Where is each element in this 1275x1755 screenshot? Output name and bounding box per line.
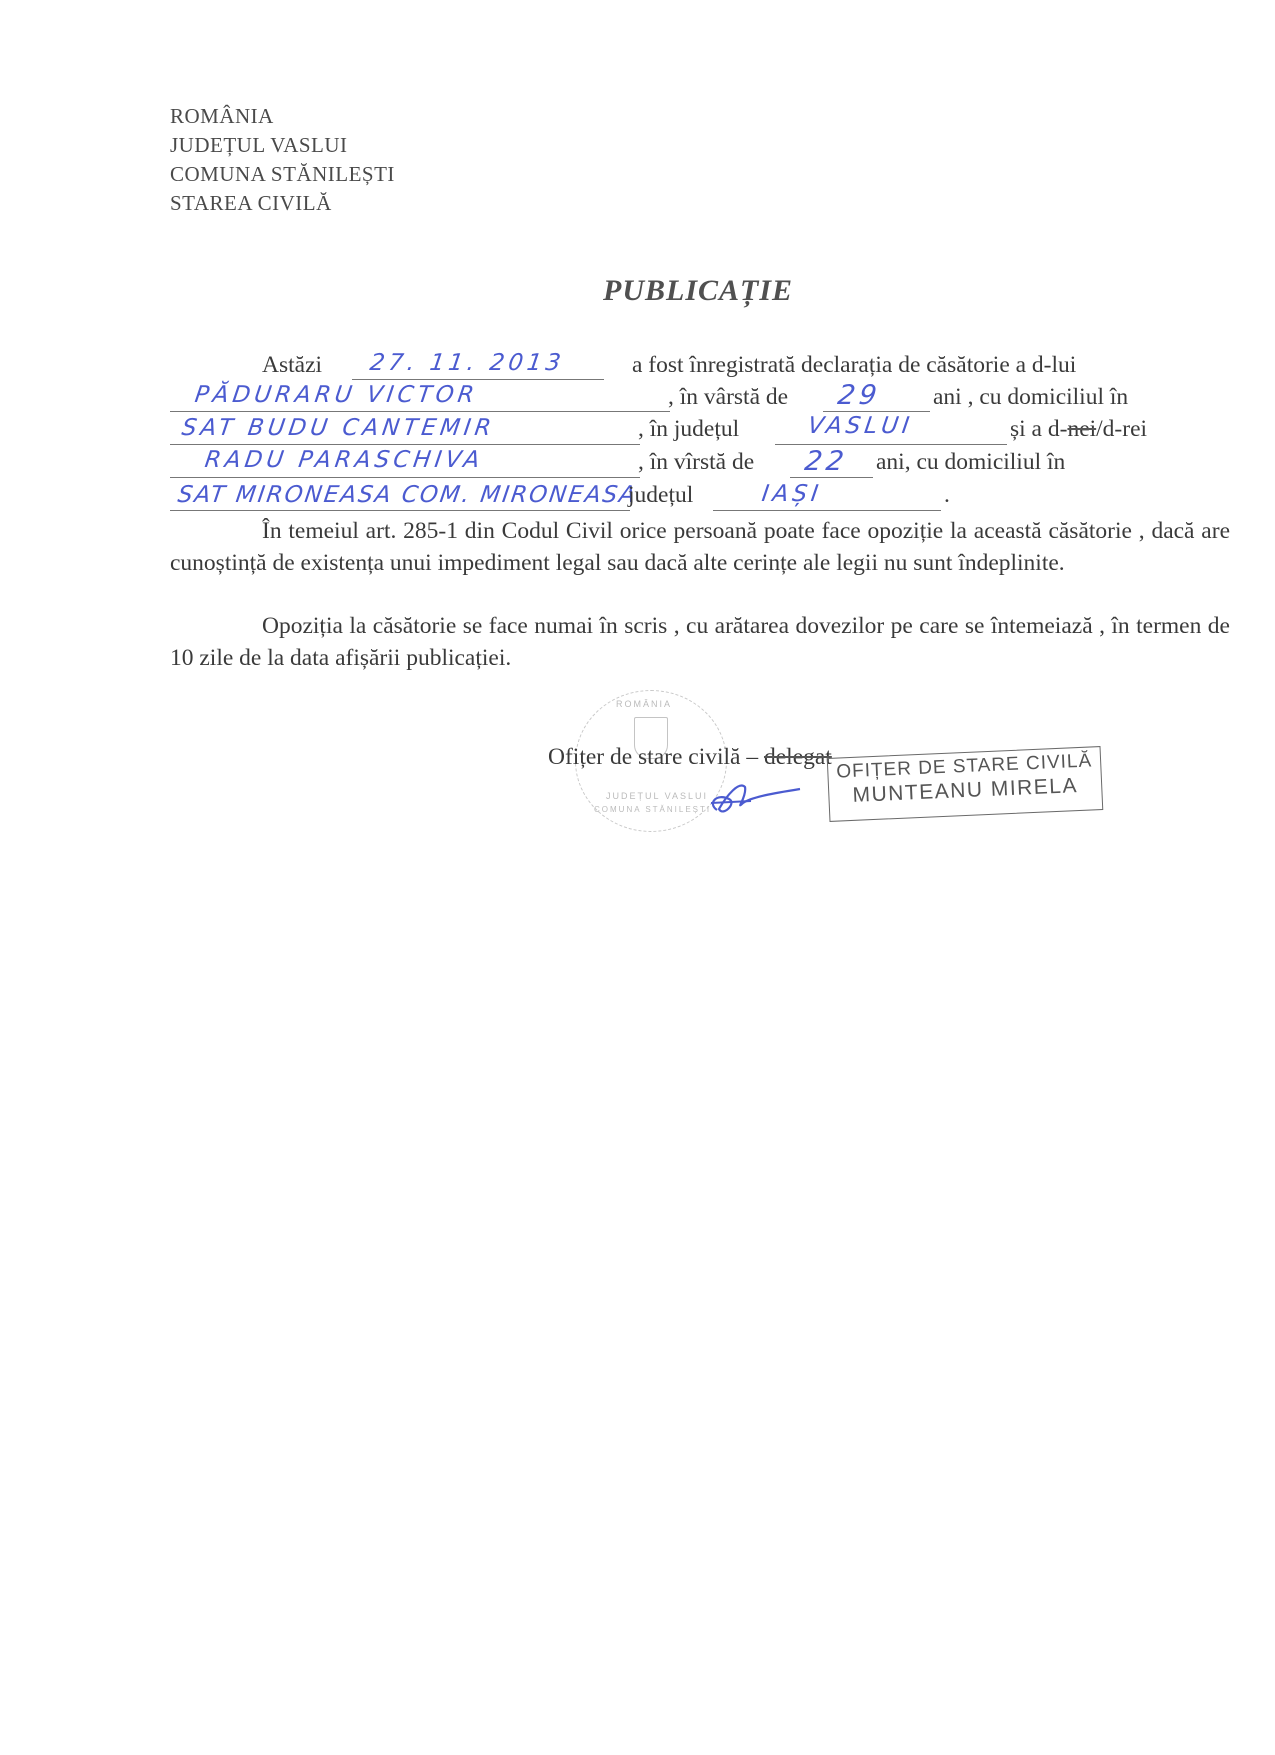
line3-suffix-a: și a d- [1010,416,1067,442]
groom-address-blank [170,444,640,445]
bride-address-field: SAT MIRONEASA COM. MIRONEASA [176,482,639,508]
struck-text: nei [1067,416,1096,442]
line3-suffix-b: /d-rei [1096,416,1147,442]
date-field: 27. 11. 2013 [368,350,566,376]
groom-county-field: VASLUI [806,413,915,439]
header-office: STAREA CIVILĂ [170,191,332,216]
bride-name-blank [170,477,640,478]
line5-suffix: . [944,482,950,509]
header-commune: COMUNA STĂNILEȘTI [170,162,395,187]
header-country: ROMÂNIA [170,104,274,129]
bride-county-field: IAȘI [760,481,824,507]
seal-mid-text: JUDEȚUL VASLUI [606,791,708,801]
groom-age-field: 29 [836,380,883,411]
groom-county-blank [775,444,1007,445]
groom-name-field: PĂDURARU VICTOR [193,382,479,408]
line3-mid: , în județul [638,416,739,443]
groom-age-blank [823,411,930,412]
bride-age-field: 22 [803,446,850,477]
seal-bottom-text: COMUNA STĂNILEȘTI [594,805,711,814]
date-blank [352,379,604,380]
seal-top-text: ROMÂNIA [616,699,672,709]
signature-label: Ofițer de stare civilă – delegat [548,744,832,771]
line1-prefix: Astăzi [262,352,322,379]
bride-age-blank [790,477,873,478]
header-county: JUDEȚUL VASLUI [170,133,348,158]
line4-suffix: ani, cu domiciliul în [876,449,1065,476]
opposition-paragraph: Opoziția la căsătorie se face numai în s… [170,610,1230,674]
officer-stamp: OFIȚER DE STARE CIVILĂ MUNTEANU MIRELA [827,746,1104,822]
bride-name-field: RADU PARASCHIVA [203,447,485,473]
groom-address-field: SAT BUDU CANTEMIR [180,415,496,441]
groom-name-blank [170,411,670,412]
line3-suffix: și a d-nei/d-rei [1010,416,1147,443]
line5-mid: județul [628,482,693,509]
line2-suffix: ani , cu domiciliul în [933,384,1128,411]
bride-address-blank [170,510,630,511]
line1-suffix: a fost înregistrată declarația de căsăto… [632,352,1076,379]
document-title: PUBLICAȚIE [603,274,793,308]
officer-label: Ofițer de stare civilă – [548,744,764,770]
legal-paragraph: În temeiul art. 285-1 din Codul Civil or… [170,515,1230,579]
line2-mid: , în vârstă de [668,384,788,411]
bride-county-blank [713,510,941,511]
delegat-struck: delegat [764,744,832,770]
line4-mid: , în vîrstă de [638,449,754,476]
signature-mark-icon [705,775,805,825]
